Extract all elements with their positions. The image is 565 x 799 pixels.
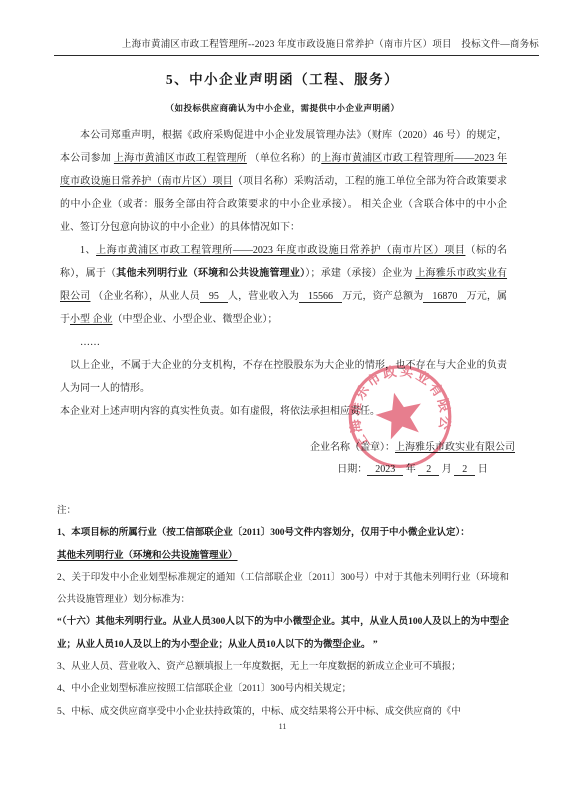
note-1-text: 1、本项目标的所属行业（按工信部联企业〔2011〕300号文件内容划分，仅用于中… — [57, 528, 470, 538]
signature-company-line: 企业名称（盖章）：上海雅乐市政实业有限公司 — [310, 437, 515, 459]
note-2: 2、关于印发中小企业划型标准规定的通知（工信部联企业〔2011〕300号）中对于… — [57, 567, 509, 612]
page-footer: 11 — [0, 722, 565, 731]
note-1-line-1: 1、本项目标的所属行业（按工信部联企业〔2011〕300号文件内容划分，仅用于中… — [57, 522, 509, 544]
company-seal-label: 企业名称（盖章）： — [310, 442, 395, 453]
p2-text-8: （中型企业、小型企业、微型企业）； — [113, 314, 278, 325]
p1-text-2: （单位名称）的 — [247, 153, 321, 164]
page-subtitle: （如投标供应商确认为中小企业，需提供中小企业声明函） — [0, 102, 565, 114]
p2-item-number: 1、 — [80, 245, 96, 256]
page-header: 上海市黄浦区市政工程管理所--2023 年度市政设施日常养护（南市片区）项目 投… — [54, 36, 539, 56]
date-day-suffix: 日 — [478, 464, 488, 475]
notes-section: 注： 1、本项目标的所属行业（按工信部联企业〔2011〕300号文件内容划分，仅… — [57, 500, 509, 723]
p2-text-6: 万元，资产总额为 — [342, 291, 423, 302]
page-title: 5、中小企业声明函（工程、服务） — [0, 68, 565, 88]
declaration-ellipsis: …… — [60, 331, 507, 354]
p2-industry-bold: 其他未列明行业（环境和公共设施管理业） — [116, 268, 305, 279]
document-page: 上海市黄浦区市政工程管理所--2023 年度市政设施日常养护（南市片区）项目 投… — [0, 0, 565, 799]
note-2-quote: “（十六）其他未列明行业。从业人员300人以下的为中小微型企业。其中，从业人员1… — [57, 611, 509, 656]
note-5: 5、中标、成交供应商享受中小企业扶持政策的，中标、成交结果将公开中标、成交供应商… — [57, 701, 509, 723]
staff-count-field: 95 — [200, 291, 228, 303]
revenue-field: 15566 — [299, 291, 342, 303]
date-day-field: 2 — [454, 464, 475, 476]
signature-block: 企业名称（盖章）：上海雅乐市政实业有限公司 日期：2023 年 2 月 2 日 — [310, 437, 515, 481]
header-text: 上海市黄浦区市政工程管理所--2023 年度市政设施日常养护（南市片区）项目 投… — [122, 40, 539, 50]
date-month-field: 2 — [418, 464, 439, 476]
assets-field: 16870 — [423, 291, 466, 303]
declaration-paragraph-2: 1、上海市黄浦区市政工程管理所——2023 年度市政设施日常养护（南市片区）项目… — [60, 239, 507, 331]
note-4: 4、中小企业划型标准应按照工信部联企业〔2011〕300号内相关规定； — [57, 678, 509, 700]
signature-company-name: 上海雅乐市政实业有限公司 — [395, 442, 515, 453]
p2-text-3: ）；承建（承接）企业为 — [305, 268, 415, 279]
p2-project-name-underlined: 上海市黄浦区市政工程管理所——2023 年度市政设施日常养护（南市片区）项目 — [96, 245, 465, 256]
declaration-paragraph-4: 以上企业，不属于大企业的分支机构，不存在控股股东为大企业的情形，也不存在与大企业… — [60, 354, 507, 400]
p2-text-5: 人，营业收入为 — [228, 291, 299, 302]
note-1-industry-underlined: 其他未列明行业（环境和公共设施管理业） — [57, 551, 238, 561]
declaration-body: 本公司郑重声明，根据《政府采购促进中小企业发展管理办法》（财库（2020）46 … — [60, 124, 507, 423]
notes-label: 注： — [57, 500, 509, 522]
declaration-paragraph-1: 本公司郑重声明，根据《政府采购促进中小企业发展管理办法》（财库（2020）46 … — [60, 124, 507, 239]
date-year-suffix: 年 — [406, 464, 416, 475]
date-month-suffix: 月 — [442, 464, 452, 475]
declaration-paragraph-5: 本企业对上述声明内容的真实性负责。如有虚假，将依法承担相应责任。 — [60, 400, 507, 423]
p1-agency-name-underlined: 上海市黄浦区市政工程管理所 — [114, 153, 247, 164]
p2-text-4: （企业名称），从业人员 — [90, 291, 199, 302]
date-year-field: 2023 — [367, 464, 403, 476]
note-1-line-2: 其他未列明行业（环境和公共设施管理业） — [57, 545, 509, 567]
date-label: 日期： — [337, 464, 367, 475]
page-number: 11 — [279, 722, 287, 731]
enterprise-size-underlined: 小型 企业 — [70, 314, 113, 325]
note-3: 3、从业人员、营业收入、资产总额填报上一年度数据，无上一年度数据的新成立企业可不… — [57, 656, 509, 678]
signature-date-line: 日期：2023 年 2 月 2 日 — [310, 459, 515, 481]
